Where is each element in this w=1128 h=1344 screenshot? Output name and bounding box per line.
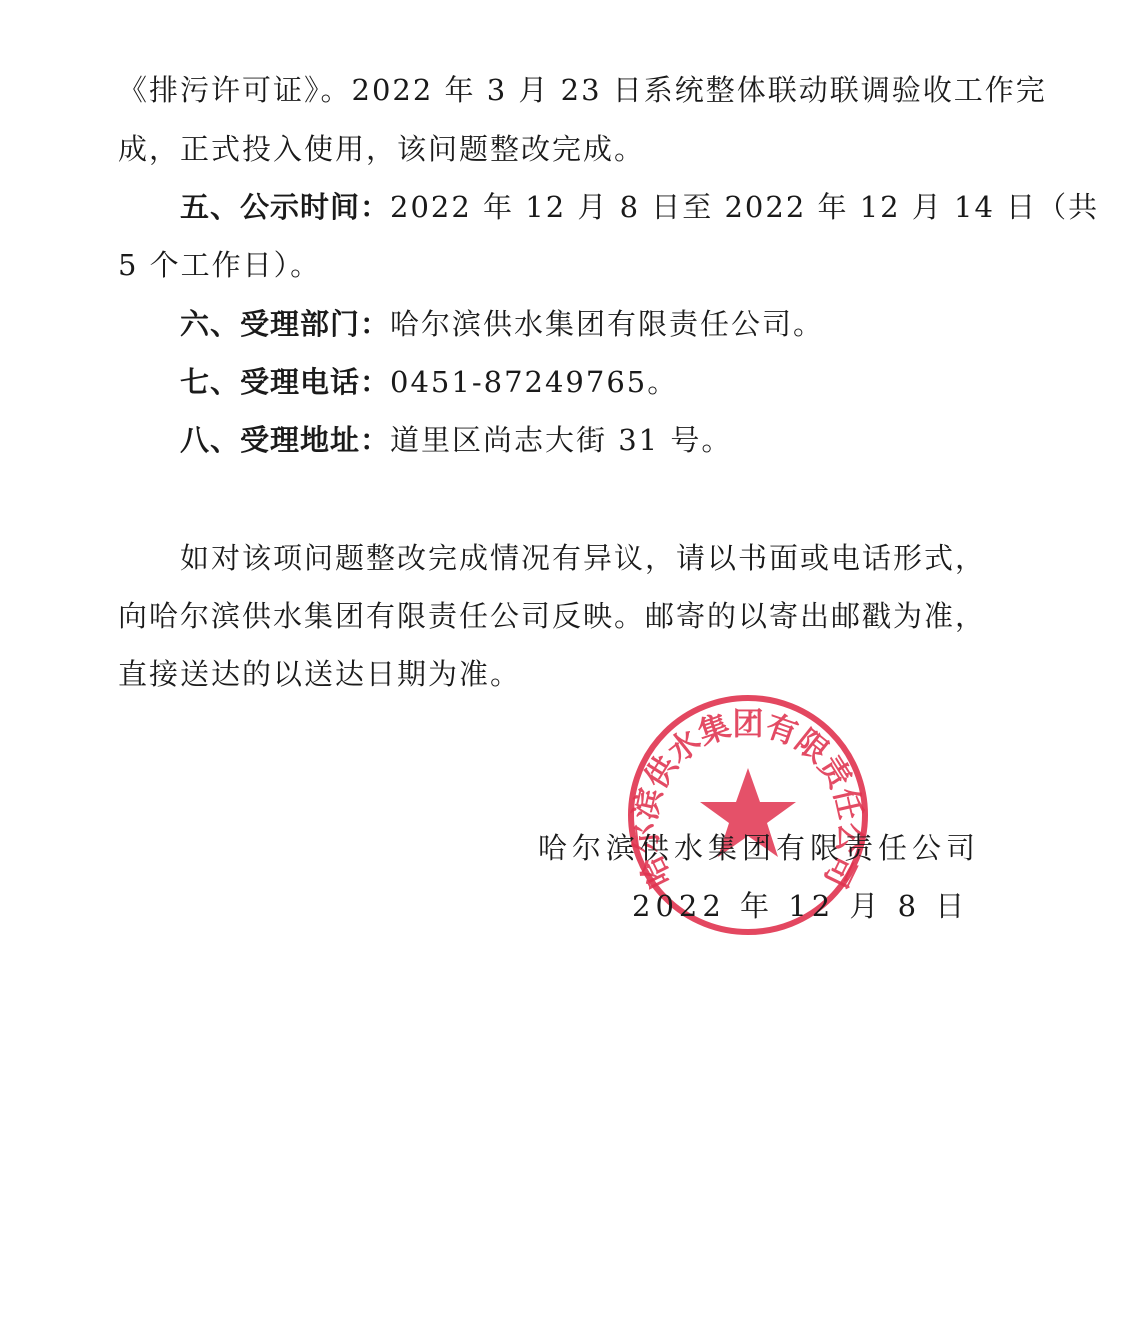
objection-line-3: 直接送达的以送达日期为准。 — [118, 654, 521, 694]
section-7-label: 七、受理电话： — [180, 365, 390, 399]
section-6-value: 哈尔滨供水集团有限责任公司。 — [390, 307, 824, 341]
signature-organization: 哈尔滨供水集团有限责任公司 — [538, 828, 980, 868]
section-6-label: 六、受理部门： — [180, 307, 390, 341]
paragraph-4-line-1: 《排污许可证》。2022 年 3 月 23 日系统整体联动联调验收工作完 — [118, 70, 1047, 110]
paragraph-4-line-2: 成，正式投入使用，该问题整改完成。 — [118, 129, 645, 169]
section-5-line-2: 5 个工作日）。 — [118, 245, 321, 285]
section-5-value: 2022 年 12 月 8 日至 2022 年 12 月 14 日（共 — [390, 190, 1099, 224]
objection-line-2: 向哈尔滨供水集团有限责任公司反映。邮寄的以寄出邮戳为准， — [118, 596, 986, 636]
section-6: 六、受理部门：哈尔滨供水集团有限责任公司。 — [180, 304, 824, 344]
section-7: 七、受理电话：0451-87249765。 — [180, 362, 678, 402]
section-8-address: 道里区尚志大街 31 号。 — [390, 423, 732, 457]
signature-date: 2022 年 12 月 8 日 — [632, 886, 969, 926]
section-5-line-1: 五、公示时间：2022 年 12 月 8 日至 2022 年 12 月 14 日… — [180, 187, 1099, 227]
section-5-label: 五、公示时间： — [180, 190, 390, 224]
objection-line-1: 如对该项问题整改完成情况有异议，请以书面或电话形式， — [180, 538, 986, 578]
section-7-phone: 0451-87249765。 — [390, 365, 678, 399]
section-8: 八、受理地址：道里区尚志大街 31 号。 — [180, 420, 732, 460]
section-8-label: 八、受理地址： — [180, 423, 390, 457]
